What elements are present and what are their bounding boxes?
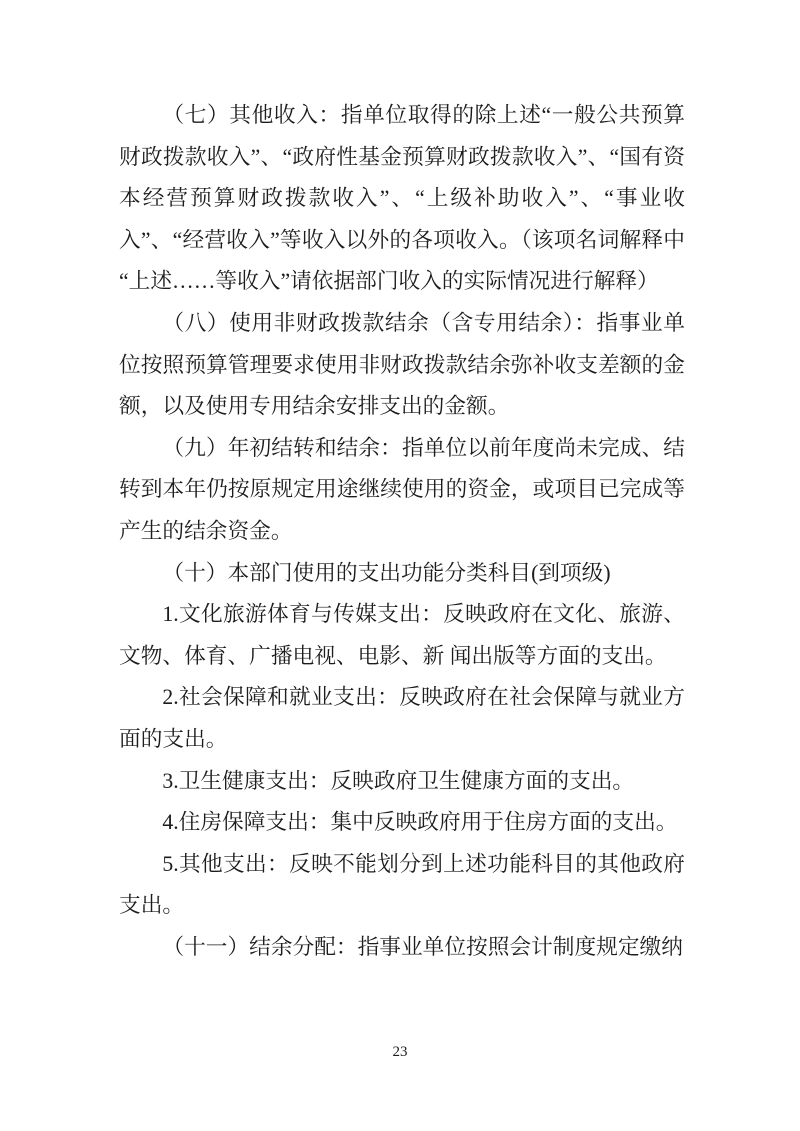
document-page: （七）其他收入：指单位取得的除上述“一般公共预算财政拨款收入”、“政府性基金预算… bbox=[0, 0, 800, 1131]
para-9-year-begin-carryover: （九）年初结转和结余：指单位以前年度尚未完成、结转到本年仍按原规定用途继续使用的… bbox=[119, 428, 685, 553]
para-8-non-fiscal-appropriation-balance: （八）使用非财政拨款结余（含专用结余）：指事业单位按照预算管理要求使用非财政拨款… bbox=[119, 303, 685, 428]
page-number: 23 bbox=[0, 1042, 800, 1062]
item-3-health: 3.卫生健康支出：反映政府卫生健康方面的支出。 bbox=[119, 761, 685, 803]
document-body: （七）其他收入：指单位取得的除上述“一般公共预算财政拨款收入”、“政府性基金预算… bbox=[119, 95, 685, 968]
para-7-other-income: （七）其他收入：指单位取得的除上述“一般公共预算财政拨款收入”、“政府性基金预算… bbox=[119, 95, 685, 303]
para-11-balance-distribution: （十一）结余分配：指事业单位按照会计制度规定缴纳 bbox=[119, 927, 685, 969]
item-5-other-expenditure: 5.其他支出：反映不能划分到上述功能科目的其他政府支出。 bbox=[119, 844, 685, 927]
item-1-culture-tourism-sports-media: 1.文化旅游体育与传媒支出：反映政府在文化、旅游、文物、体育、广播电视、电影、新… bbox=[119, 594, 685, 677]
item-4-housing-security: 4.住房保障支出：集中反映政府用于住房方面的支出。 bbox=[119, 802, 685, 844]
para-10-expenditure-function-categories: （十）本部门使用的支出功能分类科目(到项级) bbox=[119, 553, 685, 595]
item-2-social-security-employment: 2.社会保障和就业支出：反映政府在社会保障与就业方面的支出。 bbox=[119, 677, 685, 760]
